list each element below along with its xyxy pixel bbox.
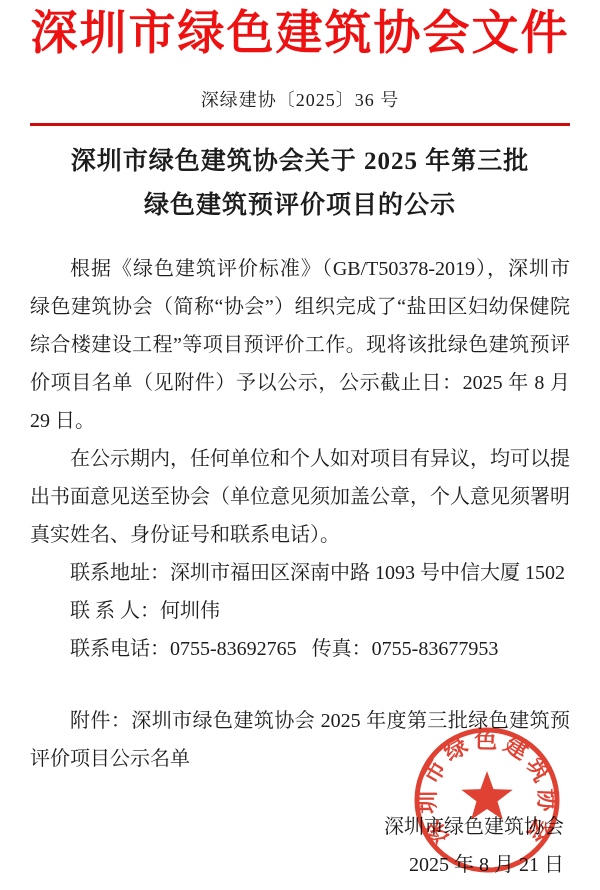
body-paragraph: 在公示期内，任何单位和个人如对项目有异议，均可以提出书面意见送至协会（单位意见须…	[30, 440, 570, 554]
contact-person-line: 联 系 人：何圳伟	[30, 592, 570, 630]
contact-phone-fax-line: 联系电话：0755-83692765 传真：0755-83677953	[30, 630, 570, 668]
contact-address-line: 联系地址：深圳市福田区深南中路 1093 号中信大厦 1502	[30, 554, 570, 592]
document-title-line2: 绿色建筑预评价项目的公示	[30, 184, 570, 228]
signature-block: 深圳市绿色建筑协会 2025 年 8 月 21 日	[30, 812, 570, 880]
body-paragraph: 根据《绿色建筑评价标准》（GB/T50378-2019），深圳市绿色建筑协会（简…	[30, 250, 570, 440]
red-divider-line	[30, 123, 570, 126]
document-body: 根据《绿色建筑评价标准》（GB/T50378-2019），深圳市绿色建筑协会（简…	[30, 250, 570, 778]
signature-date: 2025 年 8 月 21 日	[30, 850, 564, 880]
document-title: 深圳市绿色建筑协会关于 2025 年第三批 绿色建筑预评价项目的公示	[30, 140, 570, 228]
document-number: 深绿建协〔2025〕36 号	[30, 86, 570, 112]
document-page: 深圳市绿色建筑协会文件 深绿建协〔2025〕36 号 深圳市绿色建筑协会关于 2…	[0, 0, 600, 890]
attachment-note: 附件：深圳市绿色建筑协会 2025 年度第三批绿色建筑预评价项目公示名单	[30, 702, 570, 778]
document-title-line1: 深圳市绿色建筑协会关于 2025 年第三批	[30, 140, 570, 184]
document-header-title: 深圳市绿色建筑协会文件	[30, 6, 570, 62]
signature-organization: 深圳市绿色建筑协会	[30, 812, 564, 842]
